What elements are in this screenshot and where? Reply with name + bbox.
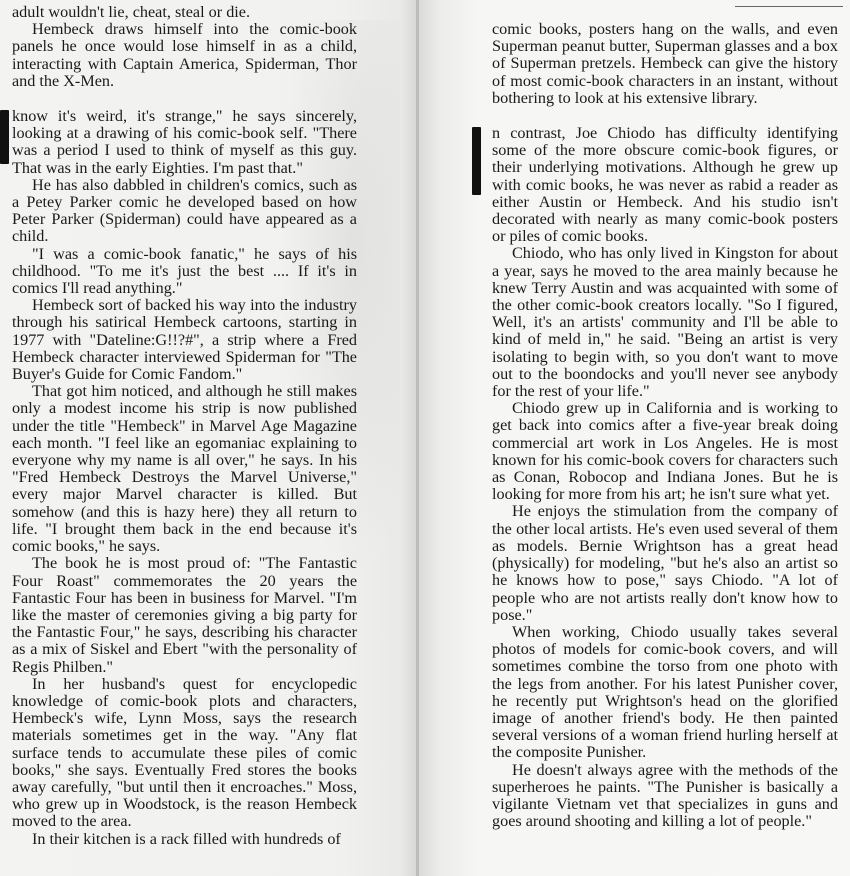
right-column: comic books, posters hang on the walls, … — [492, 21, 838, 830]
page-spine — [416, 0, 419, 876]
paragraph: Chiodo grew up in California and is work… — [492, 400, 838, 503]
dropcap-bar — [0, 110, 9, 164]
paragraph: comic books, posters hang on the walls, … — [492, 21, 838, 107]
paragraph: He enjoys the stimulation from the compa… — [492, 503, 838, 623]
paragraph: In their kitchen is a rack filled with h… — [12, 831, 357, 848]
paragraph: Hembeck draws himself into the comic-boo… — [12, 21, 357, 90]
left-column: adult wouldn't lie, cheat, steal or die.… — [12, 4, 357, 848]
paragraph: Hembeck sort of backed his way into the … — [12, 297, 357, 383]
dropcap-text: know it's weird, it's strange," he says … — [12, 107, 357, 177]
paragraph: adult wouldn't lie, cheat, steal or die. — [12, 4, 357, 21]
top-rule — [735, 6, 843, 7]
section-paragraph: n contrast, Joe Chiodo has difficulty id… — [492, 125, 838, 245]
paragraph: He has also dabbled in children's comics… — [12, 177, 357, 246]
paragraph: In her husband's quest for encyclopedic … — [12, 676, 357, 831]
paragraph: That got him noticed, and although he st… — [12, 383, 357, 555]
paragraph: "I was a comic-book fanatic," he says of… — [12, 246, 357, 298]
paragraph: He doesn't always agree with the methods… — [492, 762, 838, 831]
paragraph: The book he is most proud of: "The Fanta… — [12, 555, 357, 675]
dropcap-text: n contrast, Joe Chiodo has difficulty id… — [492, 124, 838, 245]
section-paragraph: know it's weird, it's strange," he says … — [12, 108, 357, 177]
dropcap-bar — [472, 127, 481, 195]
magazine-spread: adult wouldn't lie, cheat, steal or die.… — [0, 0, 850, 876]
paragraph: Chiodo, who has only lived in Kingston f… — [492, 245, 838, 400]
paragraph: When working, Chiodo usually takes sever… — [492, 624, 838, 762]
